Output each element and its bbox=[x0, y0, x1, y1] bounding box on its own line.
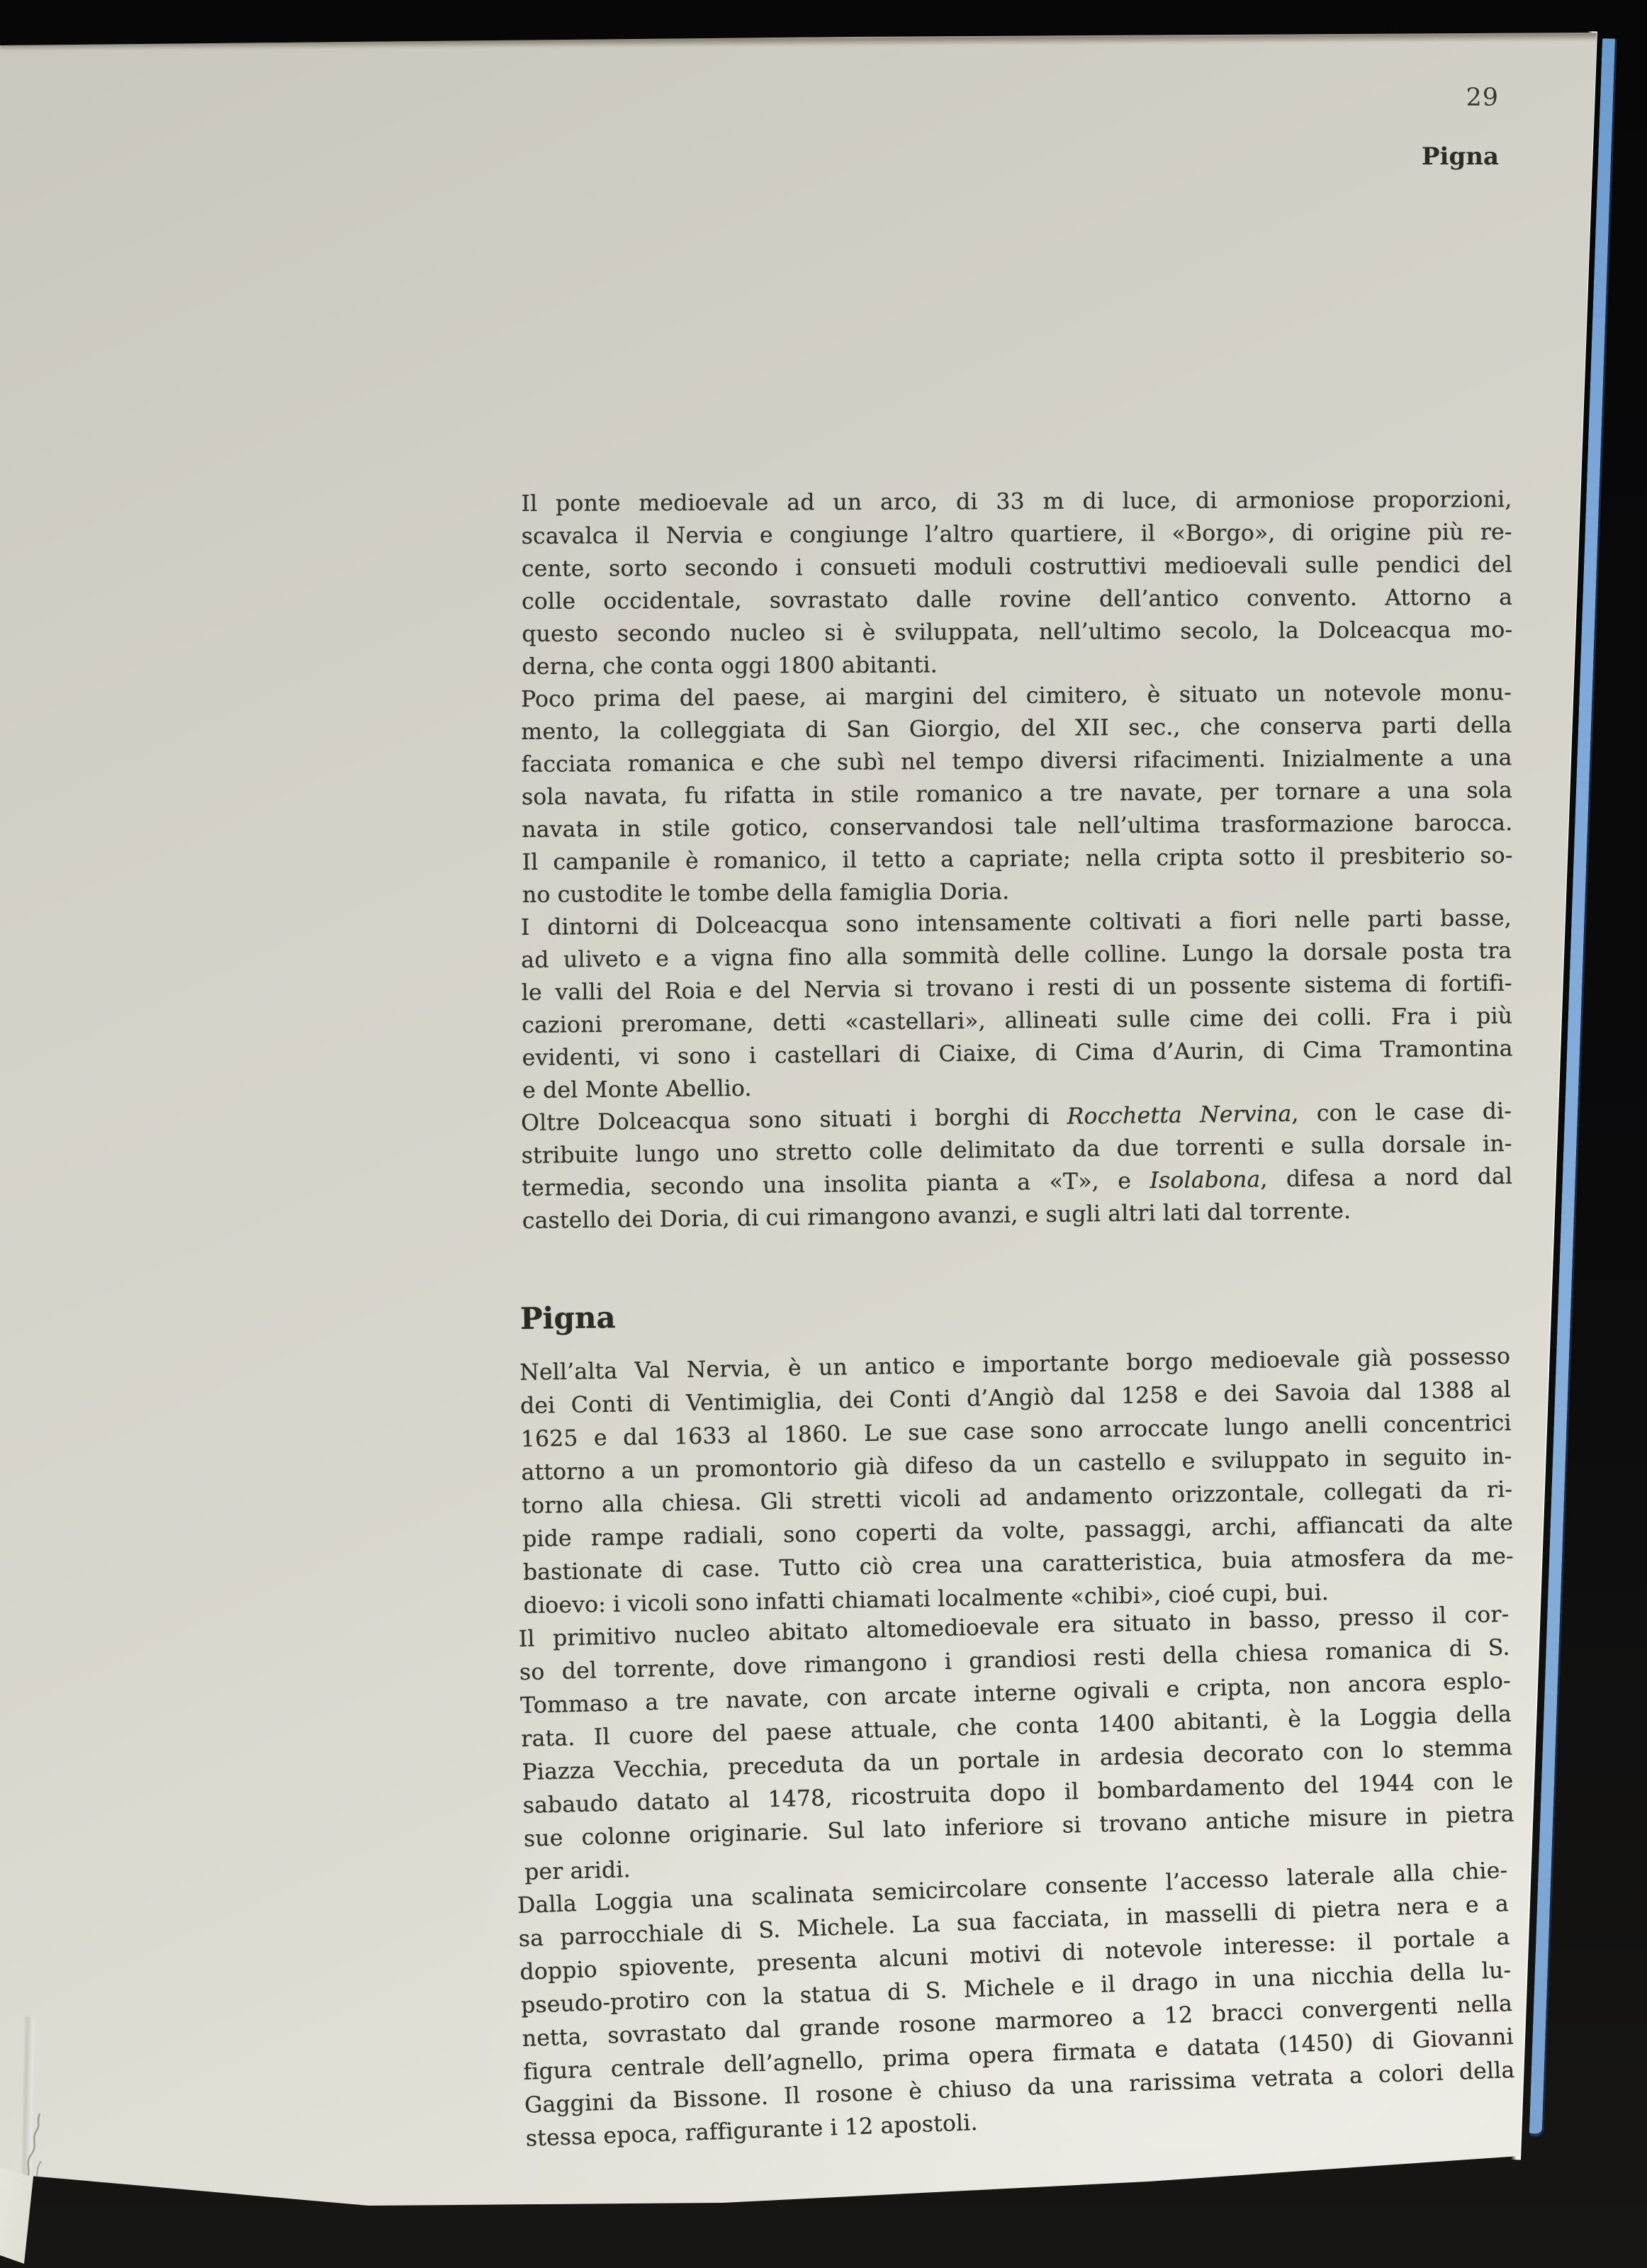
text-line: colle occidentale, sovrastato dalle rovi… bbox=[522, 581, 1512, 618]
paragraph: Dalla Loggia una scalinata semicircolare… bbox=[517, 1854, 1517, 2156]
text-line: Il campanile è romanico, il tetto a capr… bbox=[522, 839, 1512, 879]
paragraph: Nell’alta Val Nervia, è un antico e impo… bbox=[519, 1340, 1514, 1623]
paragraph: I dintorni di Dolceacqua sono intensamen… bbox=[521, 902, 1514, 1107]
body-text-block-2: Nell’alta Val Nervia, è un antico e impo… bbox=[522, 1357, 1512, 2156]
text-line: questo secondo nucleo si è sviluppata, n… bbox=[522, 614, 1512, 651]
text-line: scavalca il Nervia e congiunge l’altro q… bbox=[522, 516, 1512, 553]
paragraph: Poco prima del paese, ai margini del cim… bbox=[521, 676, 1513, 911]
text-line: cente, sorto secondo i consueti moduli c… bbox=[522, 549, 1512, 585]
section-heading: Pigna bbox=[520, 1300, 616, 1336]
paragraph: Oltre Dolceacqua sono situati i borghi d… bbox=[521, 1095, 1513, 1237]
paragraph: Il ponte medioevale ad un arco, di 33 m … bbox=[521, 483, 1512, 683]
paragraph: Il primitivo nucleo abitato altomedioeva… bbox=[518, 1598, 1515, 1890]
scanned-book-photo: 29 Pigna Il ponte medioevale ad un arco,… bbox=[0, 0, 1647, 2268]
body-text-block-1: Il ponte medioevale ad un arco, di 33 m … bbox=[522, 488, 1512, 1237]
page-number: 29 bbox=[1205, 84, 1499, 112]
text-line: Il ponte medioevale ad un arco, di 33 m … bbox=[521, 483, 1512, 520]
book-page: 29 Pigna Il ponte medioevale ad un arco,… bbox=[0, 0, 1647, 2268]
running-head: Pigna bbox=[1205, 142, 1499, 171]
